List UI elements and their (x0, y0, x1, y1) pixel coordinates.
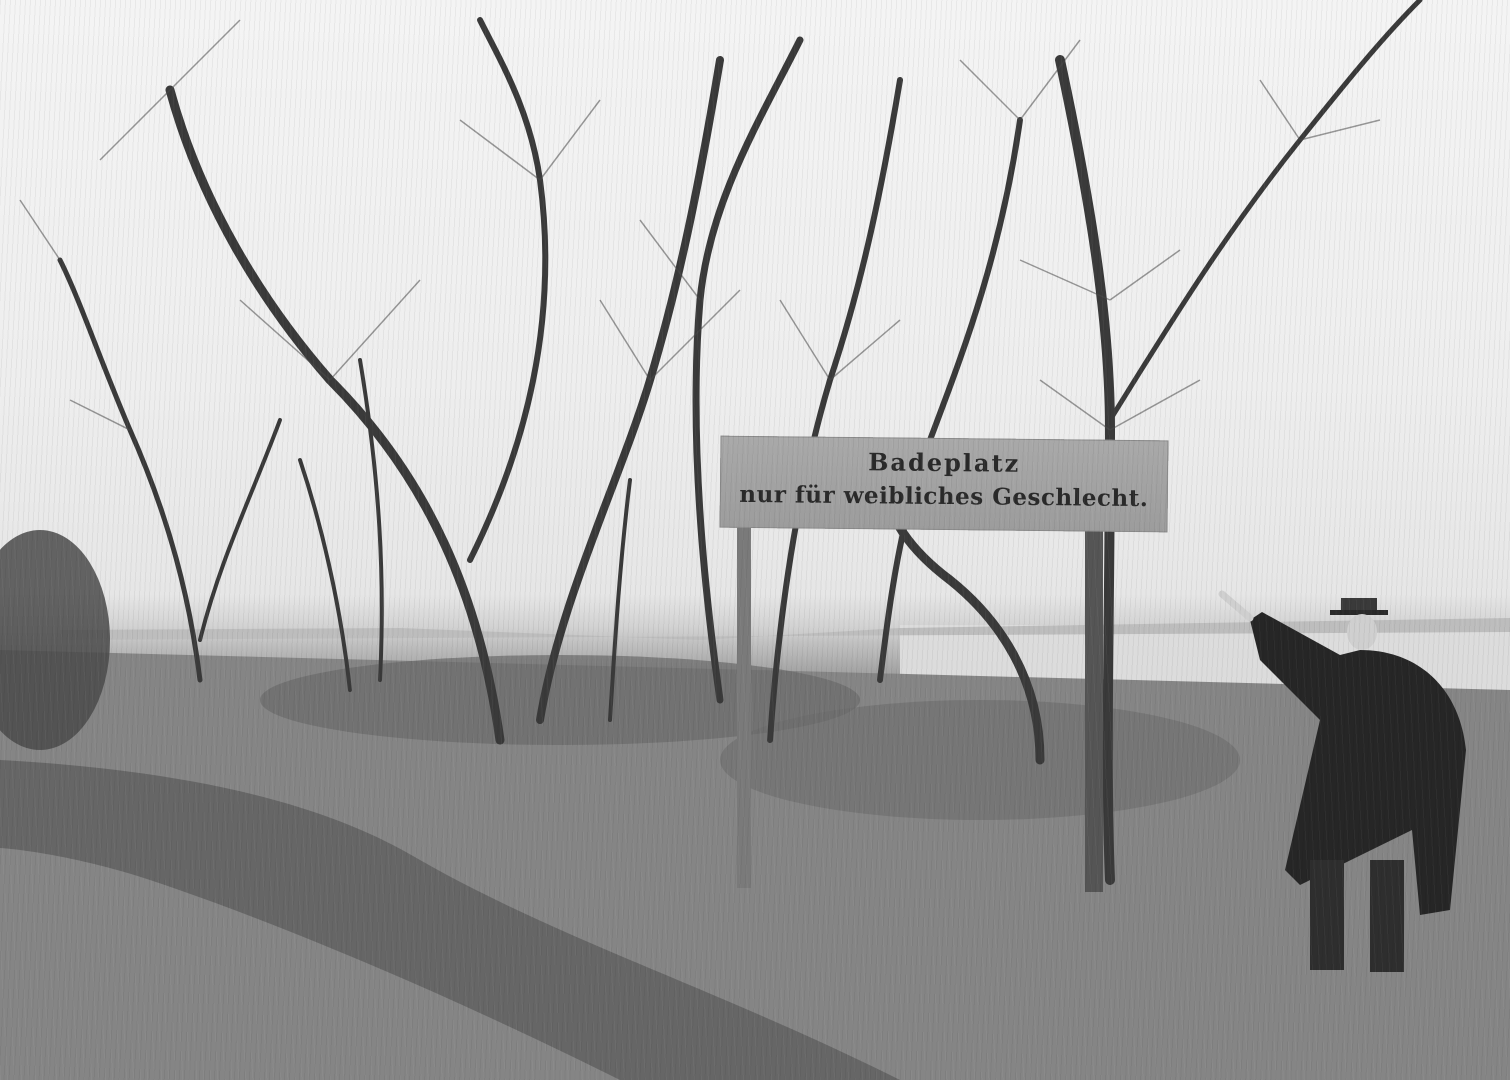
left-leg (1310, 860, 1344, 970)
pointing-hand (1222, 594, 1250, 618)
hat-brim (1330, 610, 1388, 615)
sign-post-left (737, 510, 751, 888)
photograph: Badeplatz nur für weibliches Geschlecht. (0, 0, 1510, 1080)
sign-subtitle: nur für weibliches Geschlecht. (720, 481, 1168, 513)
right-leg (1370, 860, 1404, 972)
brush-2 (720, 700, 1240, 820)
hat-crown (1341, 598, 1377, 612)
face (1347, 614, 1377, 650)
landscape-scene (0, 0, 1510, 1080)
sign-board: Badeplatz nur für weibliches Geschlecht. (720, 436, 1169, 533)
sign-title: Badeplatz (720, 446, 1168, 480)
sign-post-right (1085, 520, 1103, 892)
